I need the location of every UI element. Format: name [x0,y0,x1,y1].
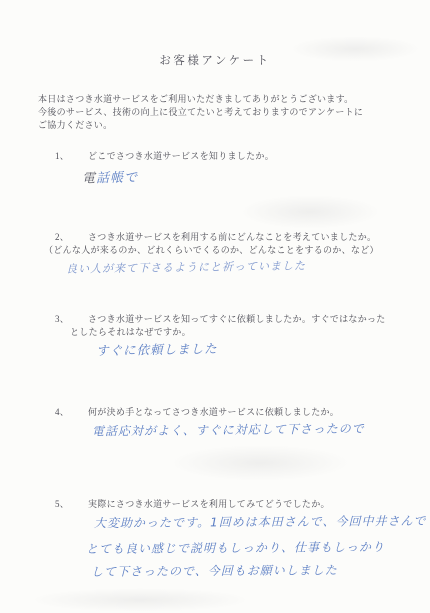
handwritten-answer: すぐに依頼しました [96,339,218,359]
question-number: 4、 [55,406,69,419]
question-text: 実際にさつき水道サービスを利用してみてどうでしたか。 [88,498,330,511]
page-title: お客様アンケート [0,55,430,68]
question-number: 5、 [55,498,69,511]
question-number: 1、 [55,150,69,163]
handwritten-answer: 良い人が来て下さるようにと祈っていました [66,257,306,276]
survey-page: お客様アンケート 本日はさつき水道サービスをご利用いただきましてありがとうござい… [0,0,430,613]
scan-smudge [170,445,350,481]
question-text: 何が決め手となってさつき水道サービスに依頼しましたか。 [88,406,339,419]
handwritten-answer: 電話応対がよく、すぐに対応して下さったので [92,420,365,440]
scan-smudge [240,195,380,229]
question-text: どこでさつき水道サービスを知りましたか。 [88,150,274,163]
question-text: （どんな人が来るのか、どれくらいでくるのか、どんなことをするのか、など） [44,244,379,257]
scan-smudge [30,588,250,612]
question-text: さつき水道サービスを利用する前にどんなことを考えていましたか。 [88,231,376,244]
question-number: 2、 [55,231,69,244]
intro-line: 本日はさつき水道サービスをご利用いただきましてありがとうございます。 [38,93,353,106]
handwritten-answer: 大変助かったです。1回めは本田さんで、今回中井さんで [94,512,427,531]
question-text: さつき水道サービスを知ってすぐに依頼しましたか。すぐではなかった [88,313,386,326]
intro-line: 今後のサービス、技術の向上に役立てたいと考えておりますのでアンケートに [38,106,363,119]
handwritten-answer: とても良い感じで説明もしっかり、仕事もしっかり [86,538,385,557]
handwritten-answer: して下さったので、今回もお願いしました [91,561,338,580]
question-text: としたらそれはなぜですか。 [70,326,191,339]
question-number: 3、 [55,313,69,326]
handwritten-answer: 電話帳で [82,167,138,187]
intro-line: ご協力ください。 [38,119,112,132]
